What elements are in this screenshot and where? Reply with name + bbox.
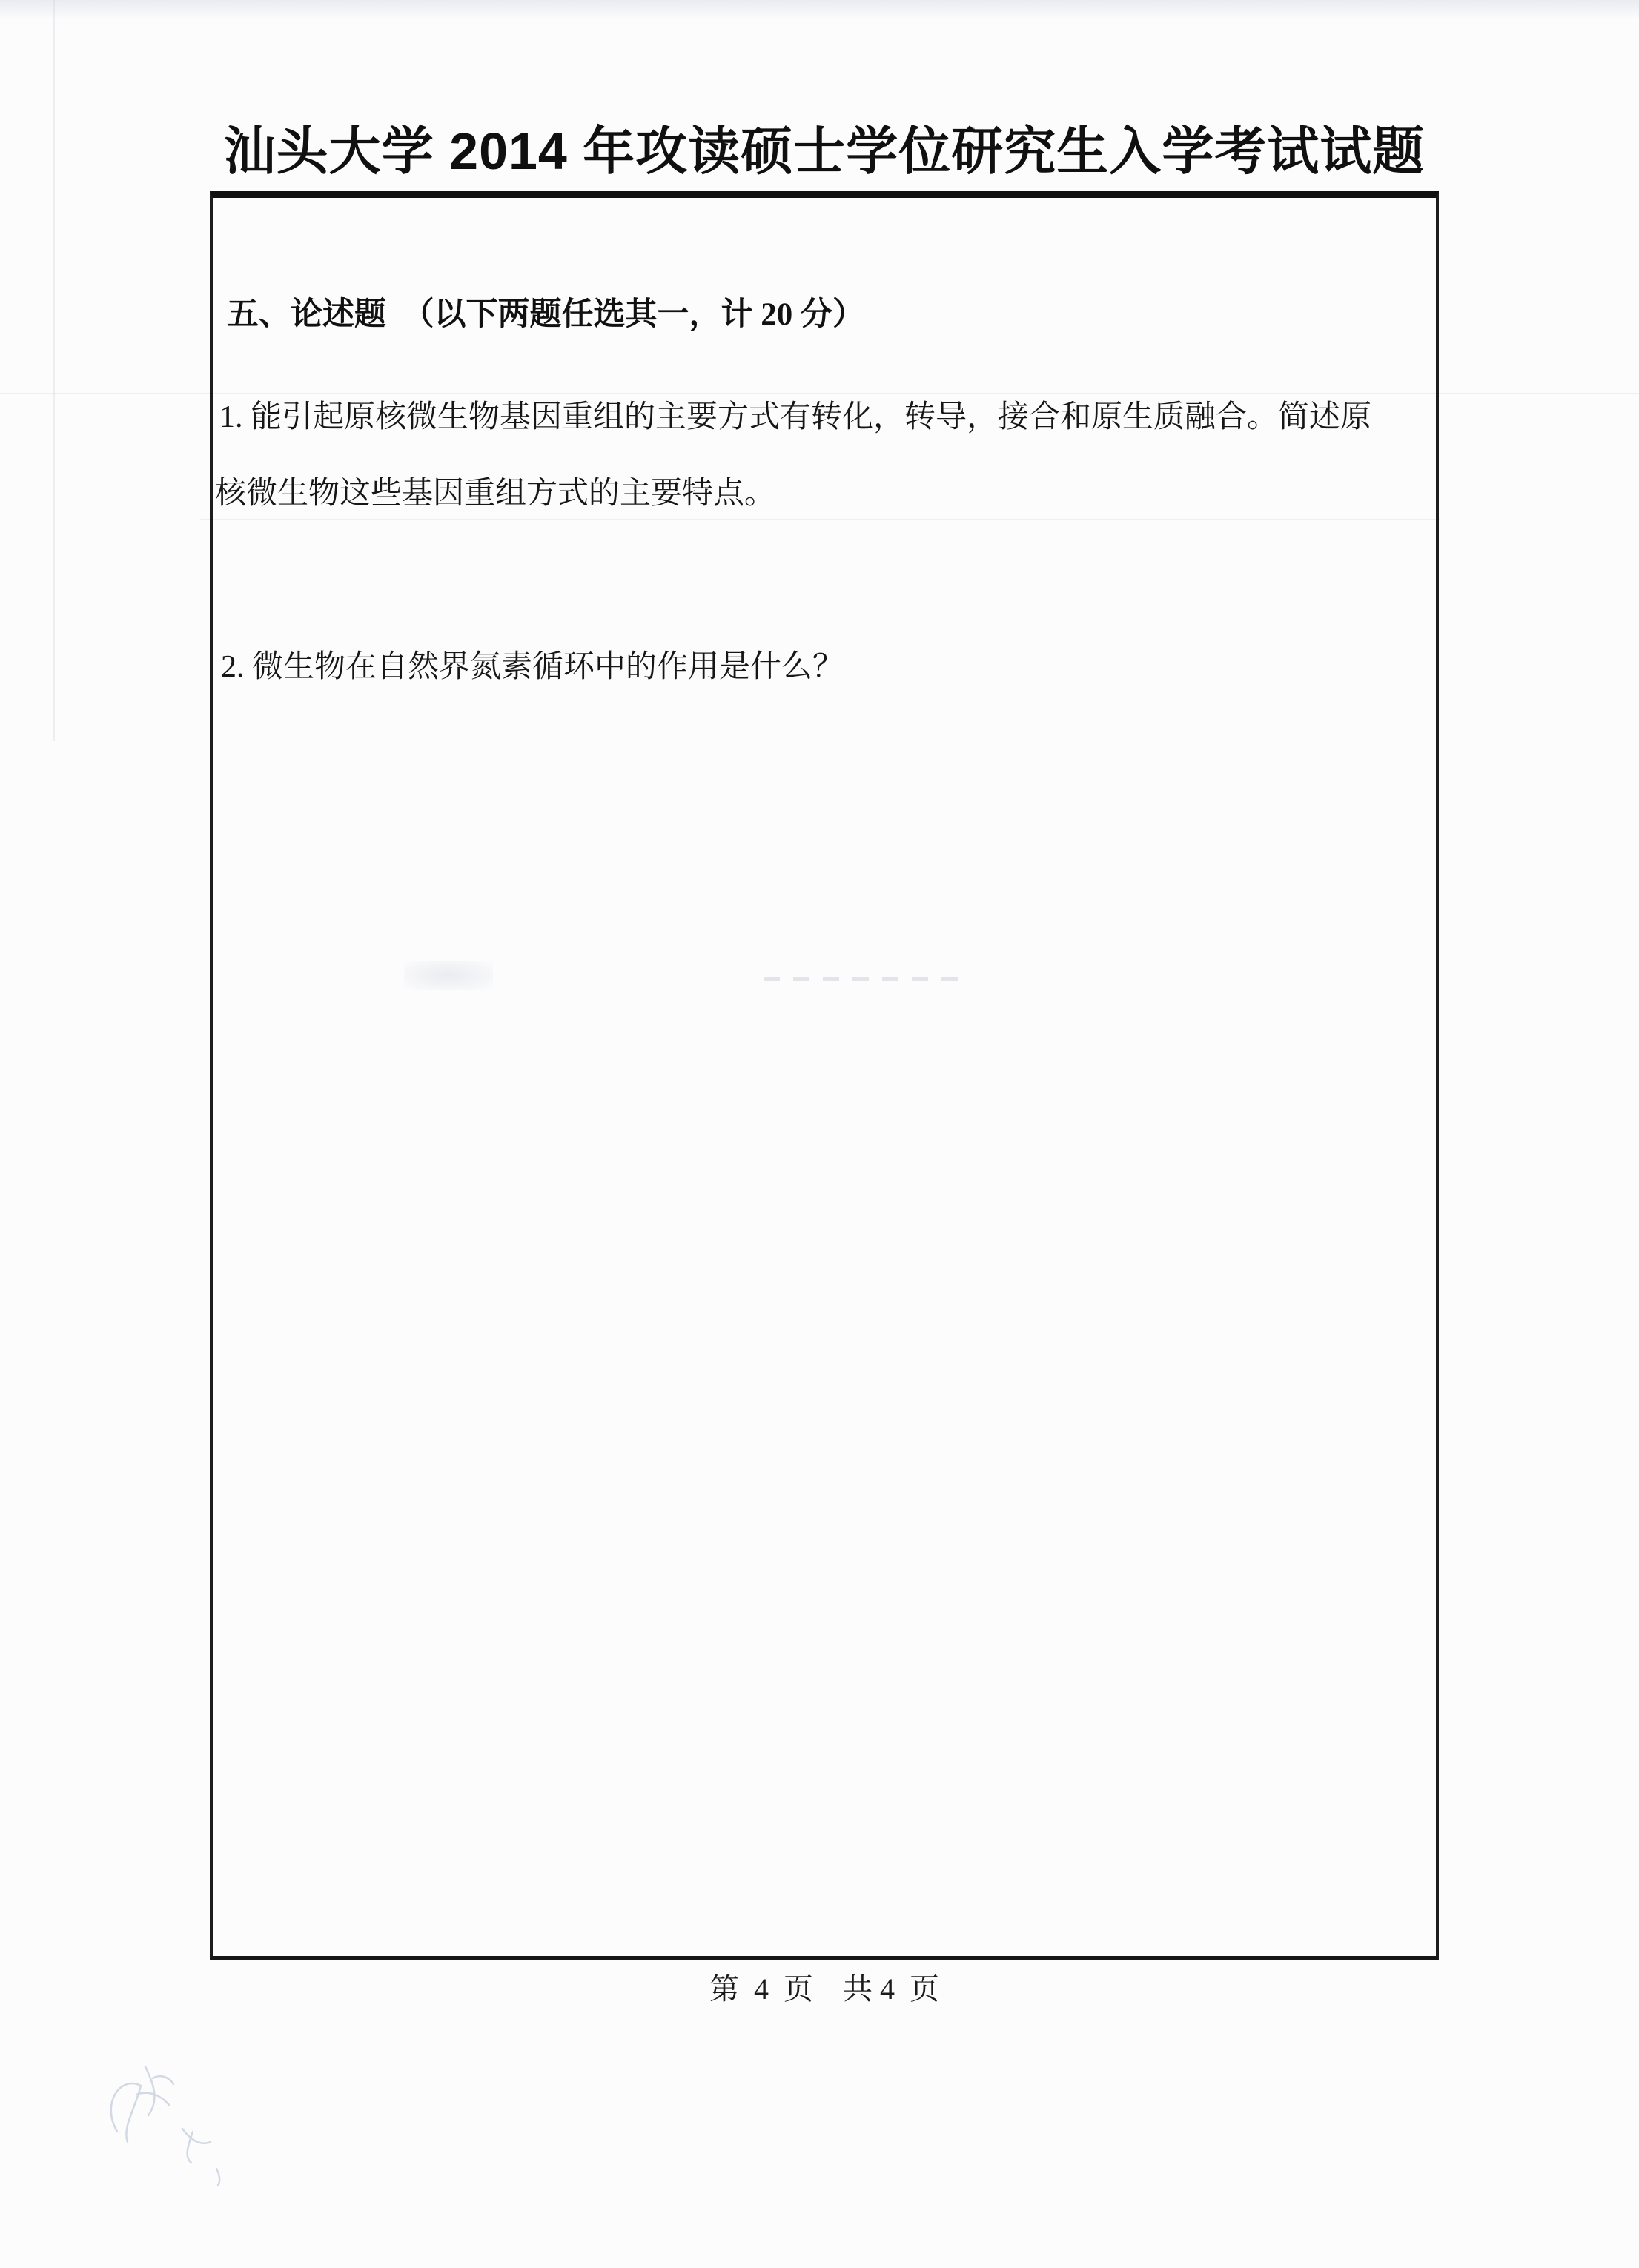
question-area-box: 五、论述题 （以下两题任选其一，计 20 分） 1. 能引起原核微生物基因重组的… [210, 191, 1439, 1960]
question-2-line-1: 2. 微生物在自然界氮素循环中的作用是什么？ [221, 649, 844, 685]
question-1-line-2: 核微生物这些基因重组方式的主要特点。 [215, 476, 775, 511]
scanned-exam-page: 汕头大学 2014 年攻读硕士学位研究生入学考试试题 五、论述题 （以下两题任选… [0, 0, 1639, 2268]
question-1-line-1: 1. 能引起原核微生物基因重组的主要方式有转化，转导，接合和原生质融合。简述原 [219, 399, 1371, 435]
section-heading: 五、论述题 （以下两题任选其一，计 20 分） [227, 296, 864, 333]
scan-edge-artifact [0, 0, 1639, 19]
page-number-footer: 第 4 页 共 4 页 [210, 1966, 1439, 2008]
exam-title: 汕头大学 2014 年攻读硕士学位研究生入学考试试题 [210, 125, 1439, 179]
handwriting-mark [0, 2058, 222, 2267]
scan-streak-artifact [53, 0, 55, 741]
